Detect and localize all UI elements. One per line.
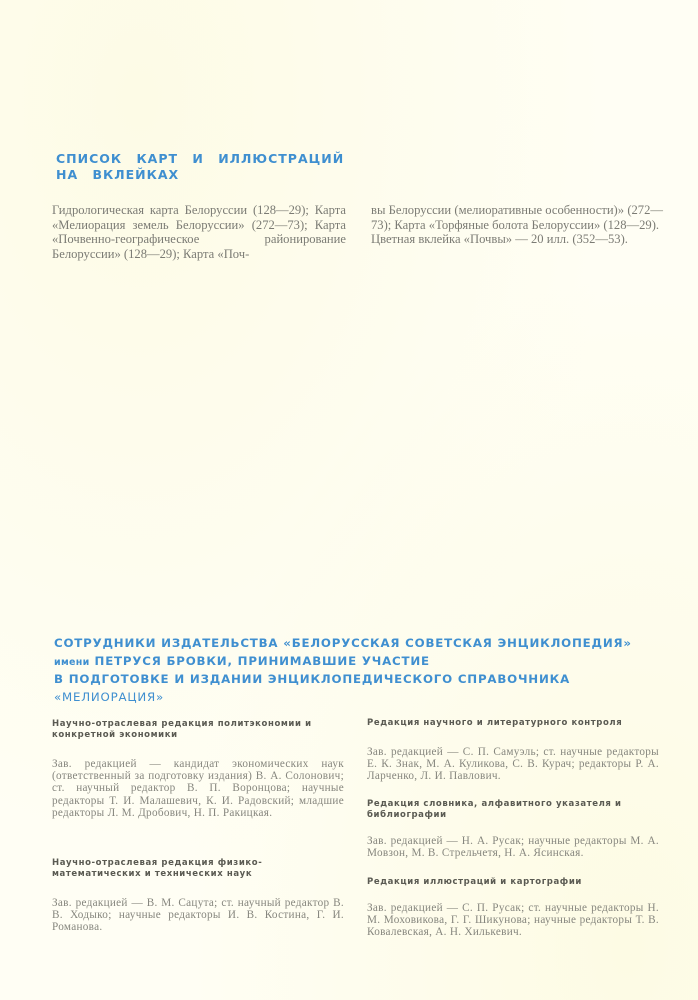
- editorial-section-illustrations: Редакция иллюстраций и картографии Зав. …: [367, 877, 659, 939]
- staff-heading-prefix: имени: [54, 657, 90, 668]
- section-body: Зав. редакцией — кандидат экономических …: [52, 758, 344, 819]
- section-body: Зав. редакцией — Н. А. Русак; научные ре…: [367, 835, 659, 859]
- staff-heading-line2: имени ПЕТРУСЯ БРОВКИ, ПРИНИМАВШИЕ УЧАСТИ…: [54, 653, 654, 672]
- maps-list-heading: СПИСОК КАРТ И ИЛЛЮСТРАЦИЙ НА ВКЛЕЙКАХ: [56, 151, 356, 183]
- editorial-section-index-bibliography: Редакция словника, алфавитного указателя…: [367, 799, 659, 859]
- staff-heading-line2-main: ПЕТРУСЯ БРОВКИ, ПРИНИМАВШИЕ УЧАСТИЕ: [95, 654, 430, 668]
- maps-list-right-column: вы Белоруссии (мелиоративные особенности…: [371, 203, 663, 247]
- section-body: Зав. редакцией — В. М. Сацута; ст. научн…: [52, 897, 344, 934]
- editorial-section-physics-technical: Научно-отраслевая редакция физико-матема…: [52, 858, 344, 934]
- editorial-section-control: Редакция научного и литературного контро…: [367, 718, 659, 783]
- editorial-section-economics: Научно-отраслевая редакция политэкономии…: [52, 719, 344, 819]
- section-title: Редакция словника, алфавитного указателя…: [367, 799, 659, 821]
- section-body: Зав. редакцией — С. П. Самуэль; ст. науч…: [367, 746, 659, 783]
- staff-heading-line1: СОТРУДНИКИ ИЗДАТЕЛЬСТВА «БЕЛОРУССКАЯ СОВ…: [54, 635, 654, 653]
- staff-heading-line3: В ПОДГОТОВКЕ И ИЗДАНИИ ЭНЦИКЛОПЕДИЧЕСКОГ…: [54, 671, 654, 689]
- section-title: Научно-отраслевая редакция политэкономии…: [52, 719, 344, 741]
- maps-list-left-column: Гидрологическая карта Белоруссии (128—29…: [52, 203, 346, 261]
- section-title: Редакция научного и литературного контро…: [367, 718, 659, 729]
- section-title: Редакция иллюстраций и картографии: [367, 877, 659, 888]
- section-title: Научно-отраслевая редакция физико-матема…: [52, 858, 344, 880]
- maps-list-text-part1: Гидрологическая карта Белоруссии (128—29…: [52, 203, 346, 261]
- staff-heading: СОТРУДНИКИ ИЗДАТЕЛЬСТВА «БЕЛОРУССКАЯ СОВ…: [54, 635, 654, 706]
- maps-list-text-part2: вы Белоруссии (мелиоративные особенности…: [371, 203, 663, 232]
- staff-heading-line4: «МЕЛИОРАЦИЯ»: [54, 689, 654, 707]
- section-body: Зав. редакцией — С. П. Русак; ст. научны…: [367, 902, 659, 939]
- color-insert-note: Цветная вклейка «Почвы» — 20 илл. (352—5…: [371, 232, 663, 247]
